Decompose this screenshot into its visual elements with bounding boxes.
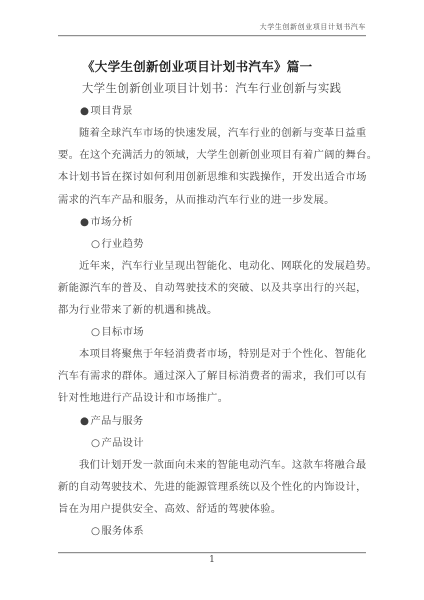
document-body: 大学生创新创业项目计划书：汽车行业创新与实践●项目背景随着全球汽车市场的快速发展… <box>58 78 366 542</box>
paragraph-line: 本计划书旨在探讨如何利用创新思维和实践操作，开发出适合市场 <box>58 166 366 188</box>
paragraph-line: 新的自动驾驶技术、先进的能源管理系统以及个性化的内饰设计， <box>58 476 366 498</box>
paragraph-line: 要。在这个充满活力的领域，大学生创新创业项目有着广阔的舞台。 <box>58 144 366 166</box>
section-heading-label: 市场分析 <box>90 216 133 228</box>
document-content: 《大学生创新创业项目计划书汽车》篇一 大学生创新创业项目计划书：汽车行业创新与实… <box>58 56 366 542</box>
paragraph-line: 近年来，汽车行业呈现出智能化、电动化、网联化的发展趋势。 <box>58 255 366 277</box>
hollow-bullet-icon: ○ <box>91 525 100 537</box>
section-heading-label: 产品与服务 <box>90 415 143 427</box>
paragraph-line: 针对性地进行产品设计和市场推广。 <box>58 387 366 409</box>
page-header-text: 大学生创新创业项目计划书汽车 <box>260 22 366 32</box>
section-heading-label: 服务体系 <box>101 525 144 537</box>
body-paragraph: 我们计划开发一款面向未来的智能电动汽车。这款车将融合最新的自动驾驶技术、先进的能… <box>58 454 366 520</box>
solid-bullet-icon: ● <box>80 415 89 427</box>
header-rule <box>58 35 366 36</box>
solid-bullet-icon: ● <box>80 105 89 117</box>
page-number: 1 <box>0 555 424 565</box>
paragraph-line: 我们计划开发一款面向未来的智能电动汽车。这款车将融合最 <box>58 454 366 476</box>
body-paragraph: 随着全球汽车市场的快速发展，汽车行业的创新与变革日益重要。在这个充满活力的领域，… <box>58 122 366 210</box>
body-paragraph: 本项目将聚焦于年轻消费者市场，特别是对于个性化、智能化汽车有需求的群体。通过深入… <box>58 343 366 409</box>
section-heading: ●项目背景 <box>58 100 366 122</box>
paragraph-line: 本项目将聚焦于年轻消费者市场，特别是对于个性化、智能化 <box>58 343 366 365</box>
section-heading: ●市场分析 <box>58 211 366 233</box>
hollow-bullet-icon: ○ <box>91 238 100 250</box>
paragraph-line: 随着全球汽车市场的快速发展，汽车行业的创新与变革日益重 <box>58 122 366 144</box>
solid-bullet-icon: ● <box>80 216 89 228</box>
body-paragraph: 近年来，汽车行业呈现出智能化、电动化、网联化的发展趋势。新能源汽车的普及、自动驾… <box>58 255 366 321</box>
document-title: 《大学生创新创业项目计划书汽车》篇一 <box>58 56 366 78</box>
paragraph-line: 旨在为用户提供安全、高效、舒适的驾驶体验。 <box>58 498 366 520</box>
section-heading: ○产品设计 <box>58 432 366 454</box>
section-heading: ○目标市场 <box>58 321 366 343</box>
hollow-bullet-icon: ○ <box>91 326 100 338</box>
section-heading-label: 行业趋势 <box>101 238 144 250</box>
hollow-bullet-icon: ○ <box>91 437 100 449</box>
document-page: 大学生创新创业项目计划书汽车 《大学生创新创业项目计划书汽车》篇一 大学生创新创… <box>0 0 424 600</box>
section-heading-label: 产品设计 <box>101 437 144 449</box>
section-heading-label: 项目背景 <box>90 105 133 117</box>
footer-rule <box>58 552 366 553</box>
document-subtitle: 大学生创新创业项目计划书：汽车行业创新与实践 <box>58 78 366 100</box>
section-heading: ●产品与服务 <box>58 410 366 432</box>
section-heading-label: 目标市场 <box>101 326 144 338</box>
section-heading: ○行业趋势 <box>58 233 366 255</box>
paragraph-line: 汽车有需求的群体。通过深入了解目标消费者的需求，我们可以有 <box>58 365 366 387</box>
section-heading: ○服务体系 <box>58 520 366 542</box>
paragraph-line: 新能源汽车的普及、自动驾驶技术的突破、以及共享出行的兴起， <box>58 277 366 299</box>
paragraph-line: 都为行业带来了新的机遇和挑战。 <box>58 299 366 321</box>
paragraph-line: 需求的汽车产品和服务，从而推动汽车行业的进一步发展。 <box>58 189 366 211</box>
